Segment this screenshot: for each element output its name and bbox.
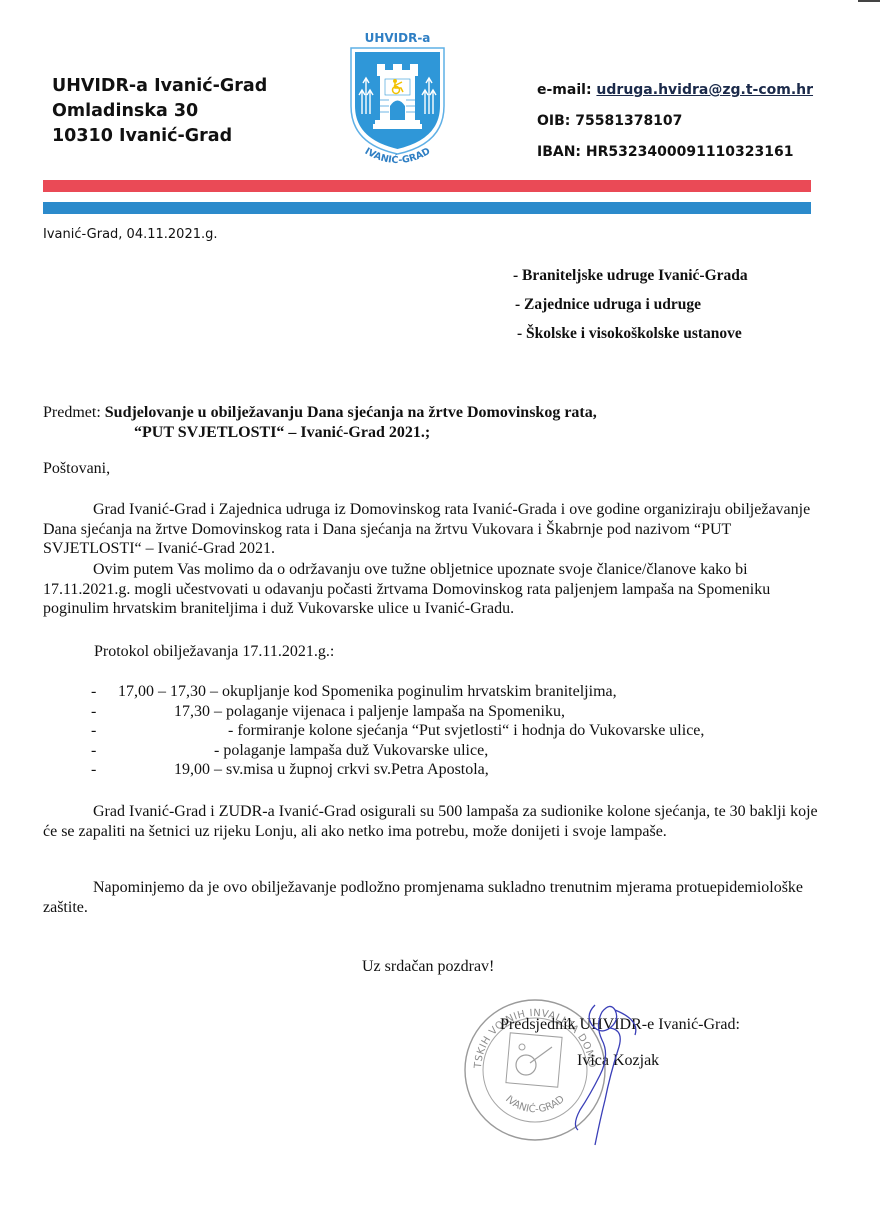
greeting: Poštovani, [43, 460, 110, 478]
handwritten-signature-icon [540, 1000, 670, 1150]
closing: Uz srdačan pozdrav! [362, 958, 494, 976]
oib: OIB: 75581378107 [537, 106, 813, 137]
bullet: - [91, 760, 96, 780]
protocol-title: Protokol obilježavanja 17.11.2021.g.: [94, 643, 334, 661]
org-name: UHVIDR-a Ivanić-Grad [52, 74, 267, 99]
email-link[interactable]: udruga.hvidra@zg.t-com.hr [596, 82, 813, 98]
iban: IBAN: HR5323400091110323161 [537, 137, 813, 168]
bullet: - [91, 682, 96, 702]
protocol-item-text: 17,30 – polaganje vijenaca i paljenje la… [174, 702, 565, 722]
recipient-item: - Školske i visokoškolske ustanove [513, 319, 748, 348]
scan-edge-mark [858, 0, 880, 2]
date-line: Ivanić-Grad, 04.11.2021.g. [43, 227, 218, 242]
subject-label: Predmet: [43, 404, 101, 421]
paragraph-lanterns: Grad Ivanić-Grad i ZUDR-a Ivanić-Grad os… [43, 802, 823, 841]
bullet: - [91, 741, 96, 761]
protocol-item-text: 17,00 – 17,30 – okupljanje kod Spomenika… [118, 682, 617, 702]
protocol-item-text: 19,00 – sv.misa u župnoj crkvi sv.Petra … [174, 760, 489, 780]
paragraph-notice: Napominjemo da je ovo obilježavanje podl… [43, 878, 823, 917]
paragraph-request: Ovim putem Vas molimo da o održavanju ov… [43, 560, 823, 619]
uhvidr-logo-icon: UHVIDR-a IVANIĆ-GRAD [345, 28, 450, 170]
bullet: - [91, 702, 96, 722]
paragraph-lanterns-text: Grad Ivanić-Grad i ZUDR-a Ivanić-Grad os… [43, 803, 818, 840]
bullet: - [91, 721, 96, 741]
red-divider-stripe [43, 180, 811, 192]
blue-divider-stripe [43, 202, 811, 214]
paragraph-notice-text: Napominjemo da je ovo obilježavanje podl… [43, 879, 803, 916]
recipients-list: - Braniteljske udruge Ivanić-Grada - Zaj… [513, 261, 748, 348]
org-city: 10310 Ivanić-Grad [52, 124, 267, 149]
paragraph-intro-text: Grad Ivanić-Grad i Zajednica udruga iz D… [43, 501, 810, 557]
subject: Predmet: Sudjelovanje u obilježavanju Da… [43, 403, 597, 443]
paragraph-request-text: Ovim putem Vas molimo da o održavanju ov… [43, 561, 770, 617]
subject-line-1: Sudjelovanje u obilježavanju Dana sjećan… [101, 404, 597, 421]
subject-line-2: “PUT SVJETLOSTI“ – Ivanić-Grad 2021.; [43, 423, 597, 443]
email-line: e-mail: udruga.hvidra@zg.t-com.hr [537, 75, 813, 106]
email-label: e-mail: [537, 82, 592, 98]
org-street: Omladinska 30 [52, 99, 267, 124]
contact-info: e-mail: udruga.hvidra@zg.t-com.hr OIB: 7… [537, 75, 813, 168]
recipient-item: - Zajednice udruga i udruge [513, 290, 748, 319]
protocol-item-text: - formiranje kolone sjećanja “Put svjetl… [228, 721, 704, 741]
protocol-item-text: - polaganje lampaša duž Vukovarske ulice… [214, 741, 488, 761]
organization-address: UHVIDR-a Ivanić-Grad Omladinska 30 10310… [52, 74, 267, 149]
recipient-item: - Braniteljske udruge Ivanić-Grada [513, 261, 748, 290]
logo-top-text: UHVIDR-a [365, 31, 431, 45]
paragraph-intro: Grad Ivanić-Grad i Zajednica udruga iz D… [43, 500, 823, 559]
